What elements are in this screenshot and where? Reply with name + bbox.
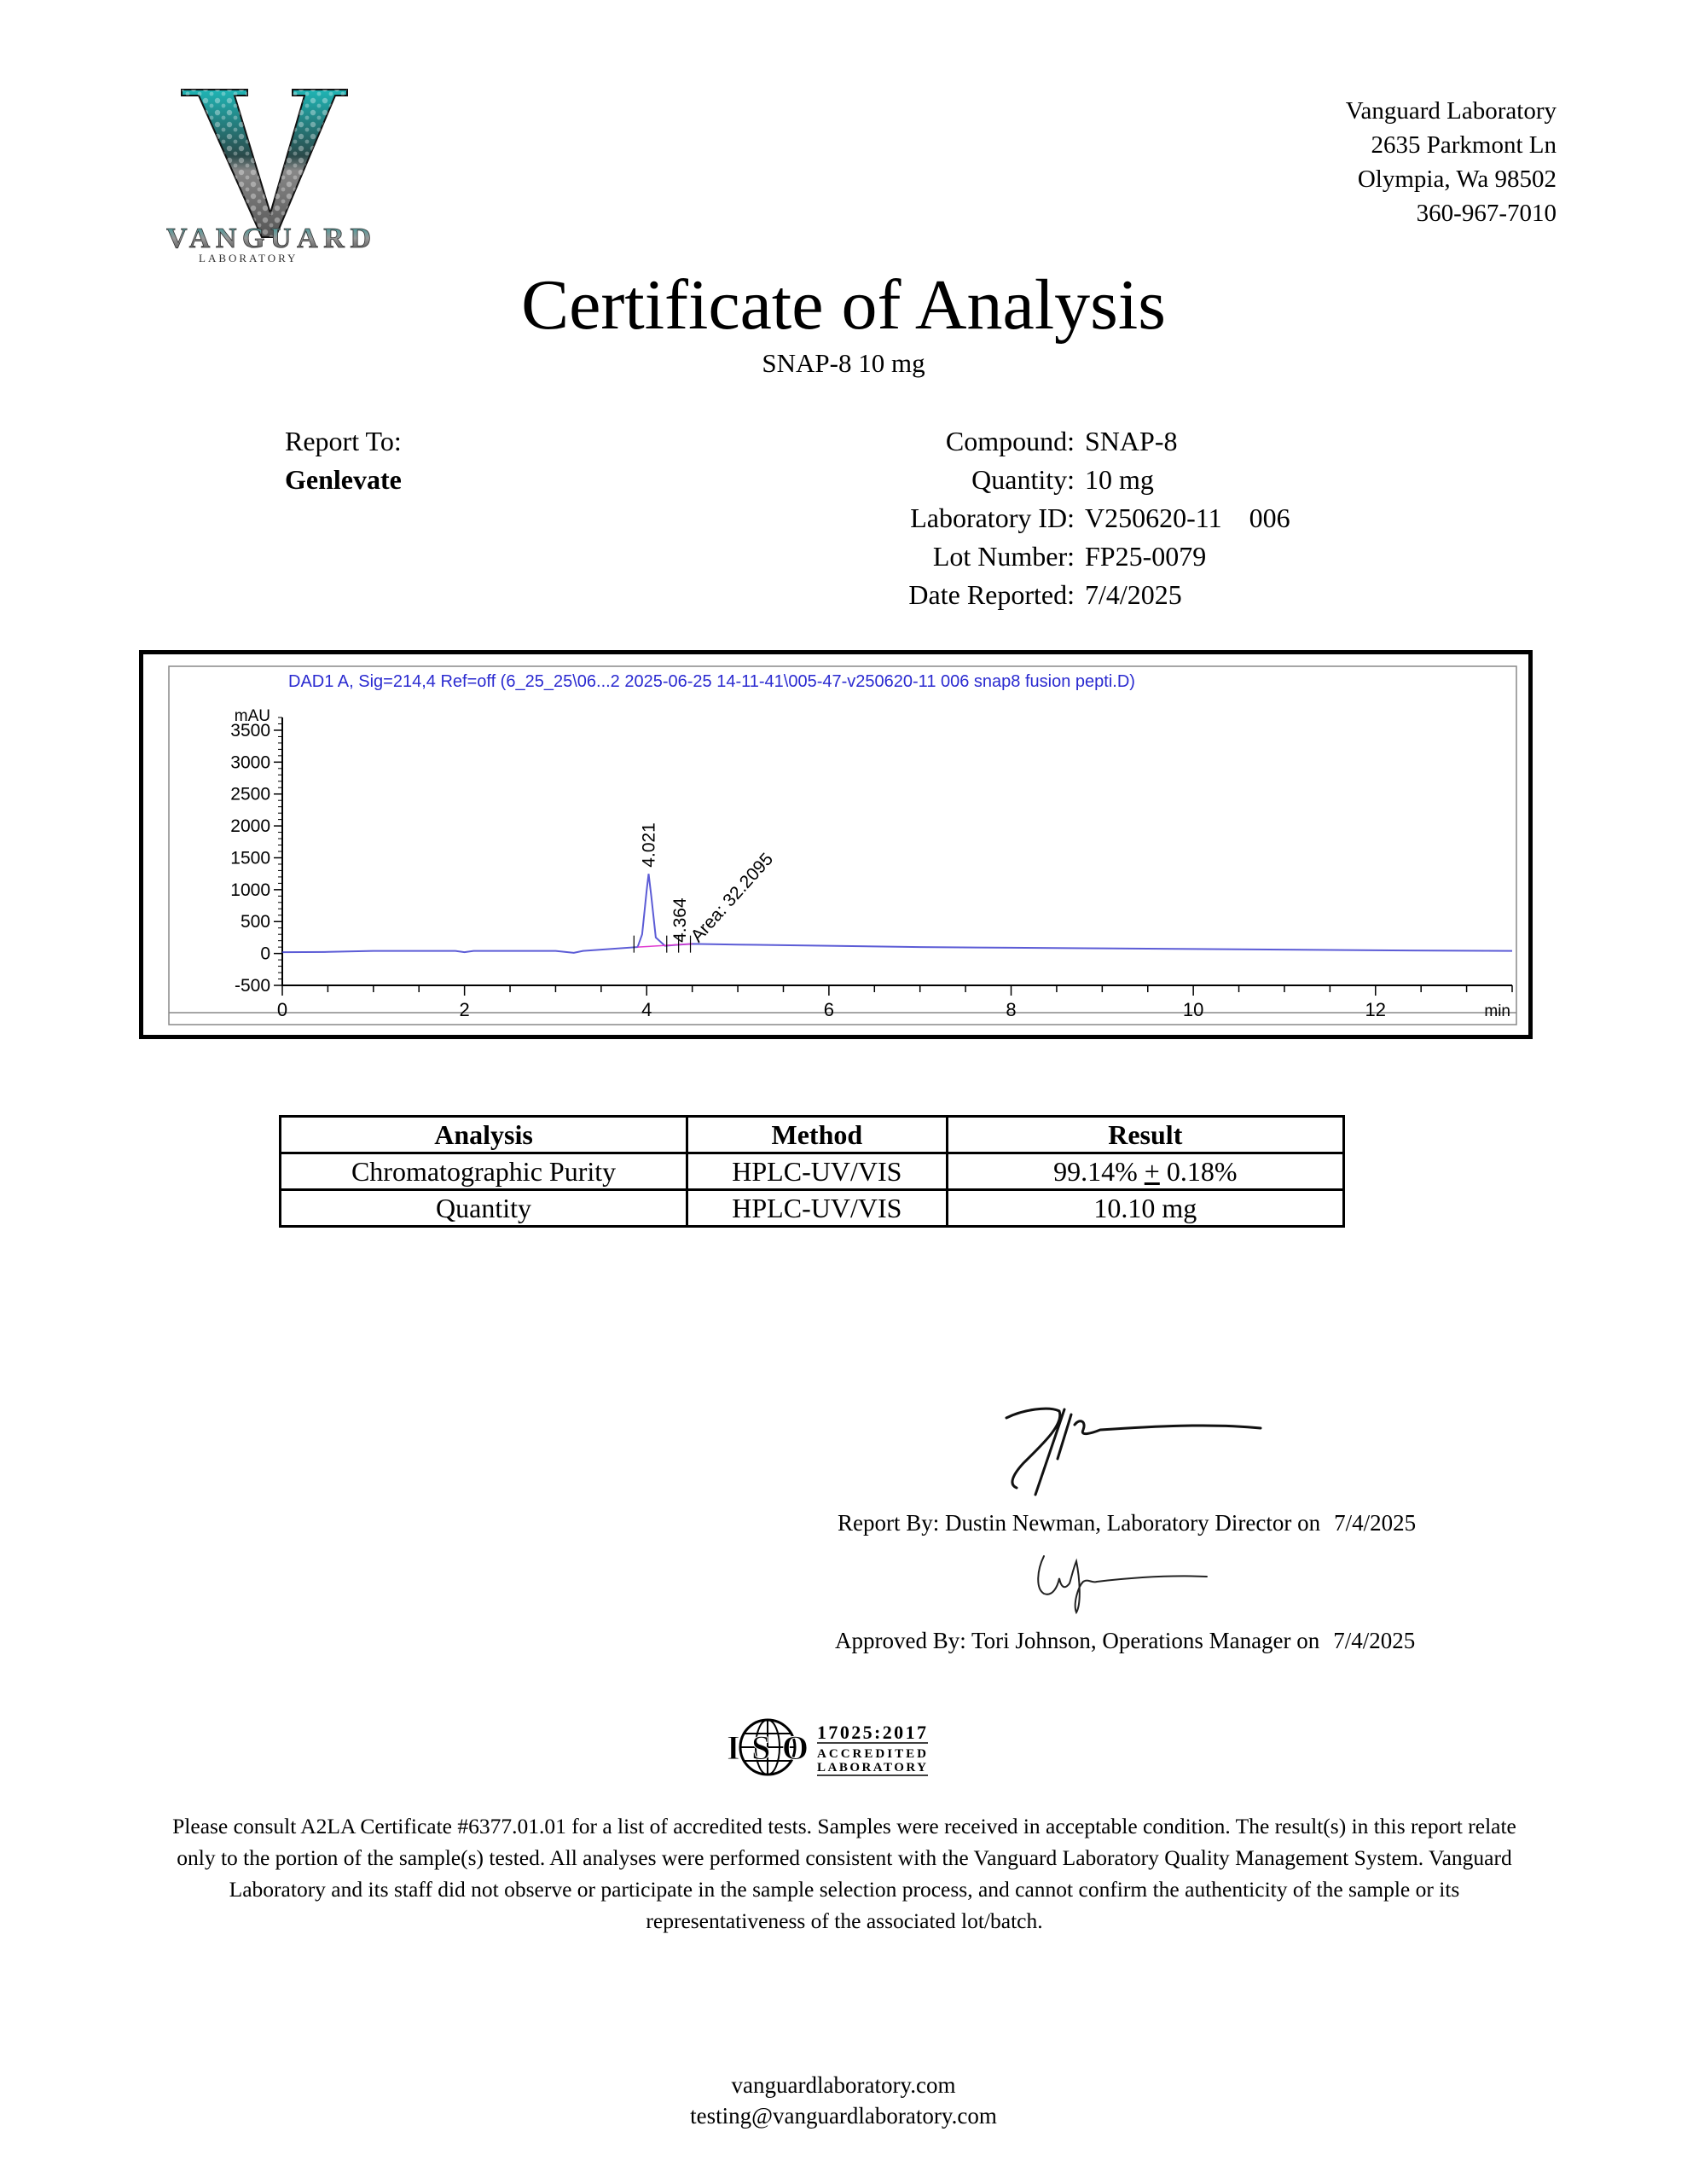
- svg-text:2: 2: [460, 999, 470, 1020]
- svg-text:12: 12: [1365, 999, 1386, 1020]
- iso-accreditation-badge: ISO 17025:2017 ACCREDITED LABORATORY: [725, 1715, 930, 1779]
- table-row: Chromatographic Purity HPLC-UV/VIS 99.14…: [281, 1153, 1344, 1190]
- info-row-date: Date Reported: 7/4/2025: [751, 576, 1290, 614]
- info-row-lab-id: Laboratory ID: V250620-11 006: [751, 499, 1290, 537]
- info-value: 7/4/2025: [1085, 576, 1182, 614]
- svg-text:17025:2017: 17025:2017: [817, 1722, 926, 1743]
- info-label: Compound:: [751, 422, 1085, 461]
- cell-result: 10.10 mg: [947, 1190, 1343, 1227]
- svg-text:4.364: 4.364: [670, 897, 690, 943]
- svg-text:4: 4: [641, 999, 652, 1020]
- info-label: Lot Number:: [751, 537, 1085, 576]
- info-label: Laboratory ID:: [751, 499, 1085, 537]
- footer-email[interactable]: testing@vanguardlaboratory.com: [0, 2100, 1687, 2131]
- info-value: SNAP-8: [1085, 422, 1177, 461]
- info-label: Date Reported:: [751, 576, 1085, 614]
- svg-text:Area: 32.2095: Area: 32.2095: [687, 850, 777, 946]
- chromatogram-plot: DAD1 A, Sig=214,4 Ref=off (6_25_25\06...…: [143, 654, 1528, 1035]
- sample-info: Compound: SNAP-8 Quantity: 10 mg Laborat…: [751, 422, 1290, 614]
- svg-text:LABORATORY: LABORATORY: [817, 1761, 926, 1774]
- cell-method: HPLC-UV/VIS: [687, 1190, 948, 1227]
- address-line: 2635 Parkmont Ln: [1346, 128, 1557, 162]
- svg-text:0: 0: [260, 944, 270, 964]
- svg-text:0: 0: [277, 999, 287, 1020]
- signature-dustin-newman: [998, 1399, 1271, 1501]
- svg-text:8: 8: [1006, 999, 1016, 1020]
- header-result: Result: [947, 1117, 1343, 1153]
- svg-text:10: 10: [1183, 999, 1203, 1020]
- svg-text:ACCREDITED: ACCREDITED: [817, 1747, 926, 1761]
- approved-by-line: Approved By: Tori Johnson, Operations Ma…: [835, 1626, 1415, 1655]
- table-row: Quantity HPLC-UV/VIS 10.10 mg: [281, 1190, 1344, 1227]
- footer: vanguardlaboratory.com testing@vanguardl…: [0, 2070, 1687, 2131]
- info-row-lot: Lot Number: FP25-0079: [751, 537, 1290, 576]
- svg-text:2000: 2000: [230, 816, 270, 836]
- report-to: Report To: Genlevate: [285, 422, 402, 499]
- svg-text:4.021: 4.021: [640, 822, 659, 868]
- results-table: Analysis Method Result Chromatographic P…: [279, 1115, 1345, 1228]
- svg-text:ISO: ISO: [727, 1728, 809, 1767]
- lab-address: Vanguard Laboratory 2635 Parkmont Ln Oly…: [1346, 94, 1557, 230]
- header-method: Method: [687, 1117, 948, 1153]
- info-value: V250620-11 006: [1085, 499, 1290, 537]
- footer-website[interactable]: vanguardlaboratory.com: [0, 2070, 1687, 2100]
- address-line: Olympia, Wa 98502: [1346, 162, 1557, 196]
- page-subtitle: SNAP-8 10 mg: [0, 346, 1687, 380]
- report-to-label: Report To:: [285, 422, 402, 461]
- header-analysis: Analysis: [281, 1117, 687, 1153]
- page-title: Certificate of Analysis: [0, 263, 1687, 348]
- report-by-line: Report By: Dustin Newman, Laboratory Dir…: [838, 1508, 1416, 1537]
- table-header-row: Analysis Method Result: [281, 1117, 1344, 1153]
- client-name: Genlevate: [285, 461, 402, 499]
- svg-text:3000: 3000: [230, 752, 270, 772]
- cell-analysis: Chromatographic Purity: [281, 1153, 687, 1190]
- info-label: Quantity:: [751, 461, 1085, 499]
- info-row-compound: Compound: SNAP-8: [751, 422, 1290, 461]
- info-row-quantity: Quantity: 10 mg: [751, 461, 1290, 499]
- svg-text:mAU: mAU: [235, 707, 270, 725]
- info-value: FP25-0079: [1085, 537, 1206, 576]
- chromatogram: DAD1 A, Sig=214,4 Ref=off (6_25_25\06...…: [139, 650, 1533, 1039]
- cell-method: HPLC-UV/VIS: [687, 1153, 948, 1190]
- svg-text:500: 500: [241, 912, 270, 932]
- cell-result: 99.14% + 0.18%: [947, 1153, 1343, 1190]
- svg-text:1000: 1000: [230, 880, 270, 900]
- cell-analysis: Quantity: [281, 1190, 687, 1227]
- info-value: 10 mg: [1085, 461, 1154, 499]
- address-line: Vanguard Laboratory: [1346, 94, 1557, 128]
- svg-text:DAD1 A, Sig=214,4 Ref=off (6_2: DAD1 A, Sig=214,4 Ref=off (6_25_25\06...…: [288, 672, 1135, 691]
- signature-tori-johnson: [1032, 1544, 1220, 1621]
- svg-text:2500: 2500: [230, 785, 270, 804]
- vanguard-logo: VANGUARD LABORATORY: [166, 85, 371, 264]
- svg-text:min: min: [1484, 1002, 1510, 1020]
- svg-text:-500: -500: [235, 976, 270, 996]
- svg-text:6: 6: [824, 999, 834, 1020]
- svg-text:1500: 1500: [230, 848, 270, 868]
- disclaimer-text: Please consult A2LA Certificate #6377.01…: [154, 1810, 1535, 1937]
- address-line: 360-967-7010: [1346, 196, 1557, 230]
- vanguard-v-icon: VANGUARD LABORATORY: [166, 85, 371, 264]
